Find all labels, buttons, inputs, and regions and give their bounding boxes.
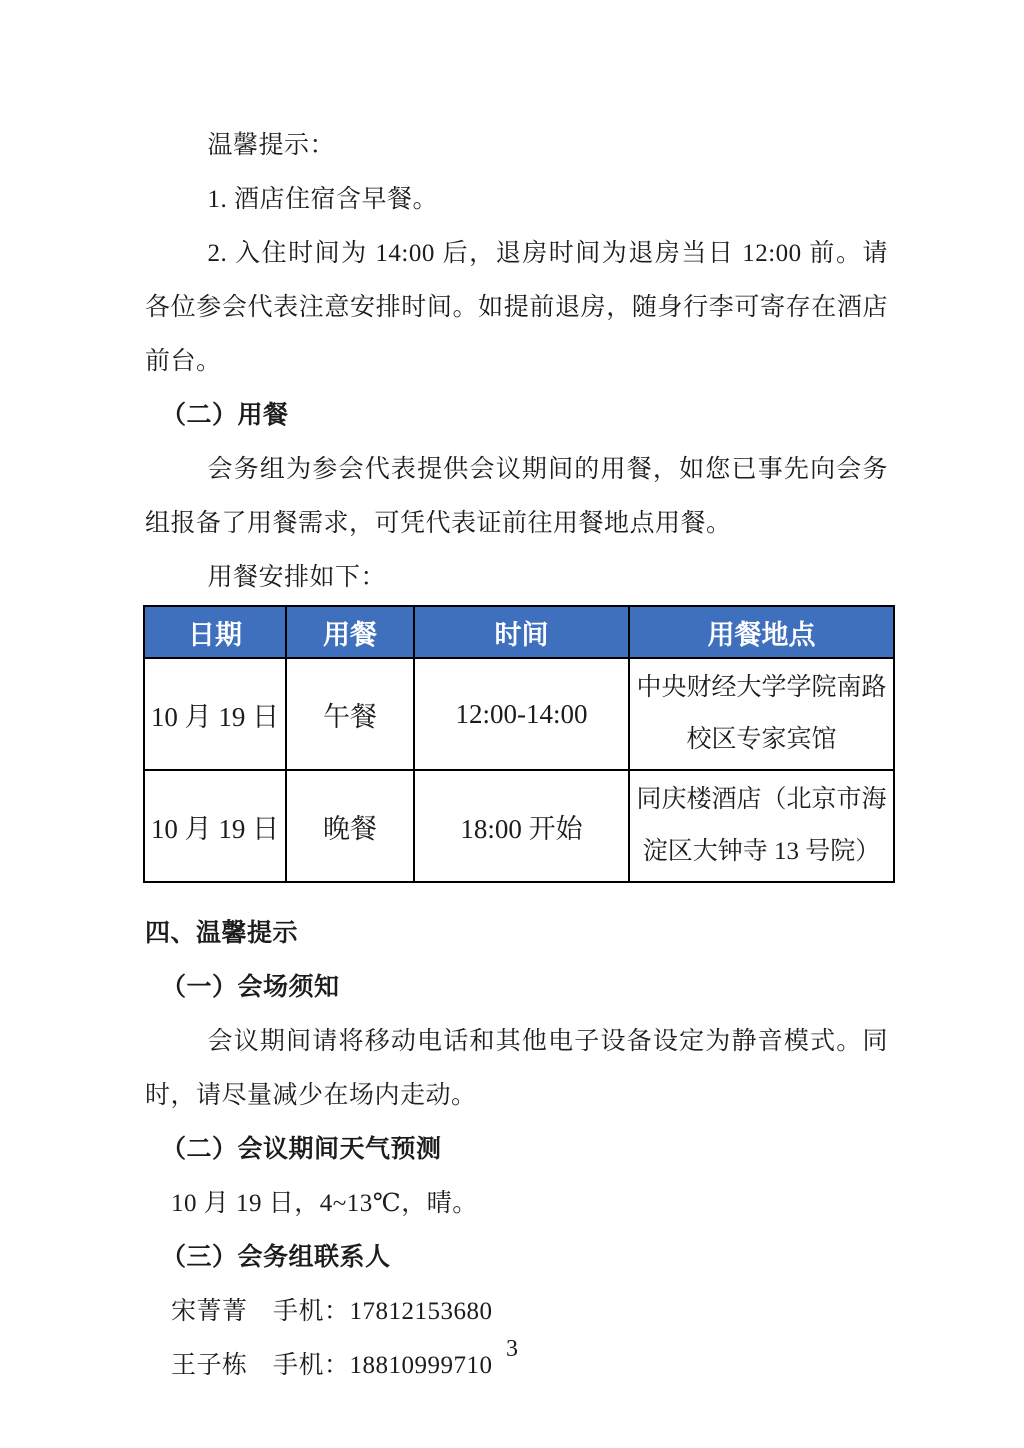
section4-sub3-heading: （三）会务组联系人 bbox=[145, 1231, 888, 1285]
weather-forecast-line: 10 月 19 日，4~13℃，晴。 bbox=[145, 1177, 888, 1231]
section-dining-paragraph: 会务组为参会代表提供会议期间的用餐，如您已事先向会务组报备了用餐需求，可凭代表证… bbox=[145, 443, 888, 551]
section4-sub1-paragraph: 会议期间请将移动电话和其他电子设备设定为静音模式。同时，请尽量减少在场内走动。 bbox=[145, 1015, 888, 1123]
section4-sub1-heading: （一）会场须知 bbox=[145, 961, 888, 1015]
section4-heading: 四、温馨提示 bbox=[145, 907, 888, 961]
column-header-time: 时间 bbox=[414, 606, 629, 658]
cell-time: 18:00 开始 bbox=[414, 770, 629, 882]
cell-location: 同庆楼酒店（北京市海淀区大钟寺 13 号院） bbox=[629, 770, 894, 882]
tip-item-2: 2. 入住时间为 14:00 后，退房时间为退房当日 12:00 前。请各位参会… bbox=[145, 227, 888, 389]
document-page: 温馨提示： 1. 酒店住宿含早餐。 2. 入住时间为 14:00 后，退房时间为… bbox=[0, 0, 1024, 1448]
column-header-date: 日期 bbox=[144, 606, 286, 658]
cell-meal: 晚餐 bbox=[286, 770, 414, 882]
cell-time: 12:00-14:00 bbox=[414, 658, 629, 770]
document-body: 温馨提示： 1. 酒店住宿含早餐。 2. 入住时间为 14:00 后，退房时间为… bbox=[0, 0, 1024, 1393]
cell-meal: 午餐 bbox=[286, 658, 414, 770]
meal-table-row-dinner: 10 月 19 日 晚餐 18:00 开始 同庆楼酒店（北京市海淀区大钟寺 13… bbox=[144, 770, 894, 882]
page-number: 3 bbox=[0, 1336, 1024, 1363]
tips-intro: 温馨提示： bbox=[145, 119, 888, 173]
section-dining-heading: （二）用餐 bbox=[145, 389, 888, 443]
contact-line-1: 宋菁菁 手机：17812153680 bbox=[145, 1285, 888, 1339]
meal-table-header-row: 日期 用餐 时间 用餐地点 bbox=[144, 606, 894, 658]
column-header-meal: 用餐 bbox=[286, 606, 414, 658]
meal-table-row-lunch: 10 月 19 日 午餐 12:00-14:00 中央财经大学学院南路校区专家宾… bbox=[144, 658, 894, 770]
section4-sub2-heading: （二）会议期间天气预测 bbox=[145, 1123, 888, 1177]
meal-table-lead: 用餐安排如下： bbox=[145, 551, 888, 605]
cell-date: 10 月 19 日 bbox=[144, 770, 286, 882]
column-header-location: 用餐地点 bbox=[629, 606, 894, 658]
cell-date: 10 月 19 日 bbox=[144, 658, 286, 770]
cell-location: 中央财经大学学院南路校区专家宾馆 bbox=[629, 658, 894, 770]
tip-item-1: 1. 酒店住宿含早餐。 bbox=[145, 173, 888, 227]
meal-schedule-table: 日期 用餐 时间 用餐地点 10 月 19 日 午餐 12:00-14:00 中… bbox=[143, 605, 895, 883]
